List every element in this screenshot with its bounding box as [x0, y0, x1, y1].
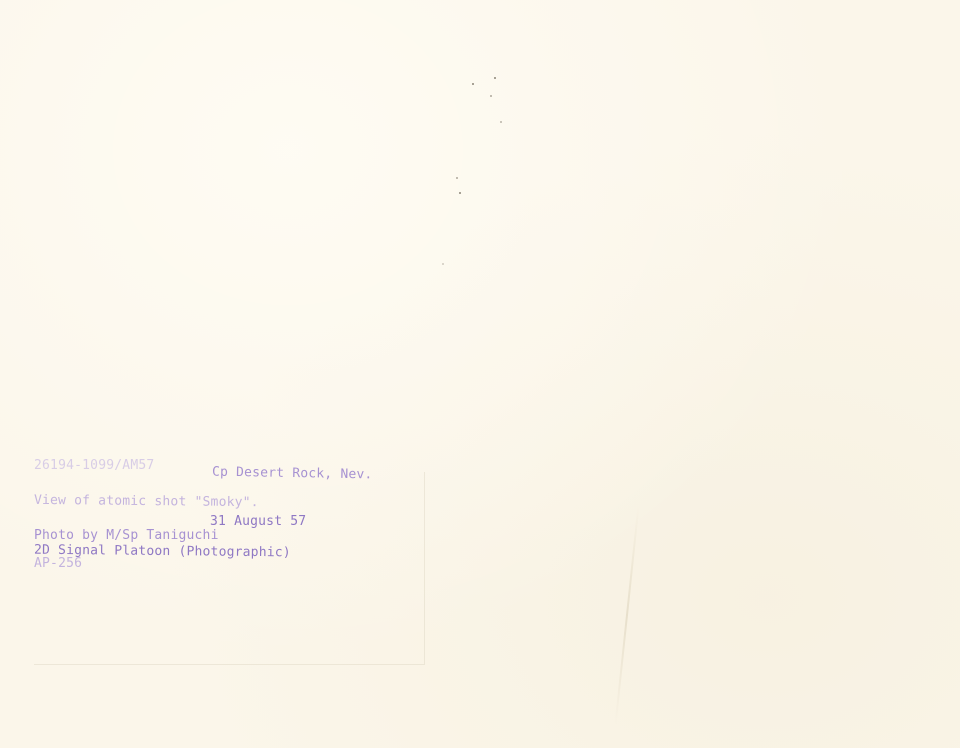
dust-speck [494, 77, 496, 79]
dust-speck [500, 121, 502, 123]
caption-credit: Photo by M/Sp Taniguchi [34, 528, 219, 543]
caption-location: Cp Desert Rock, Nev. [212, 465, 373, 483]
dust-speck [459, 192, 461, 194]
caption-date: 31 August 57 [210, 514, 306, 529]
dust-speck [472, 83, 474, 85]
dust-speck [442, 263, 444, 265]
dust-speck [456, 177, 458, 179]
dust-speck [490, 95, 492, 97]
caption-description: View of atomic shot "Smoky". [34, 493, 259, 510]
caption-id-number: 26194-1099/AM57 [34, 458, 154, 473]
caption-code: AP-256 [34, 556, 82, 571]
